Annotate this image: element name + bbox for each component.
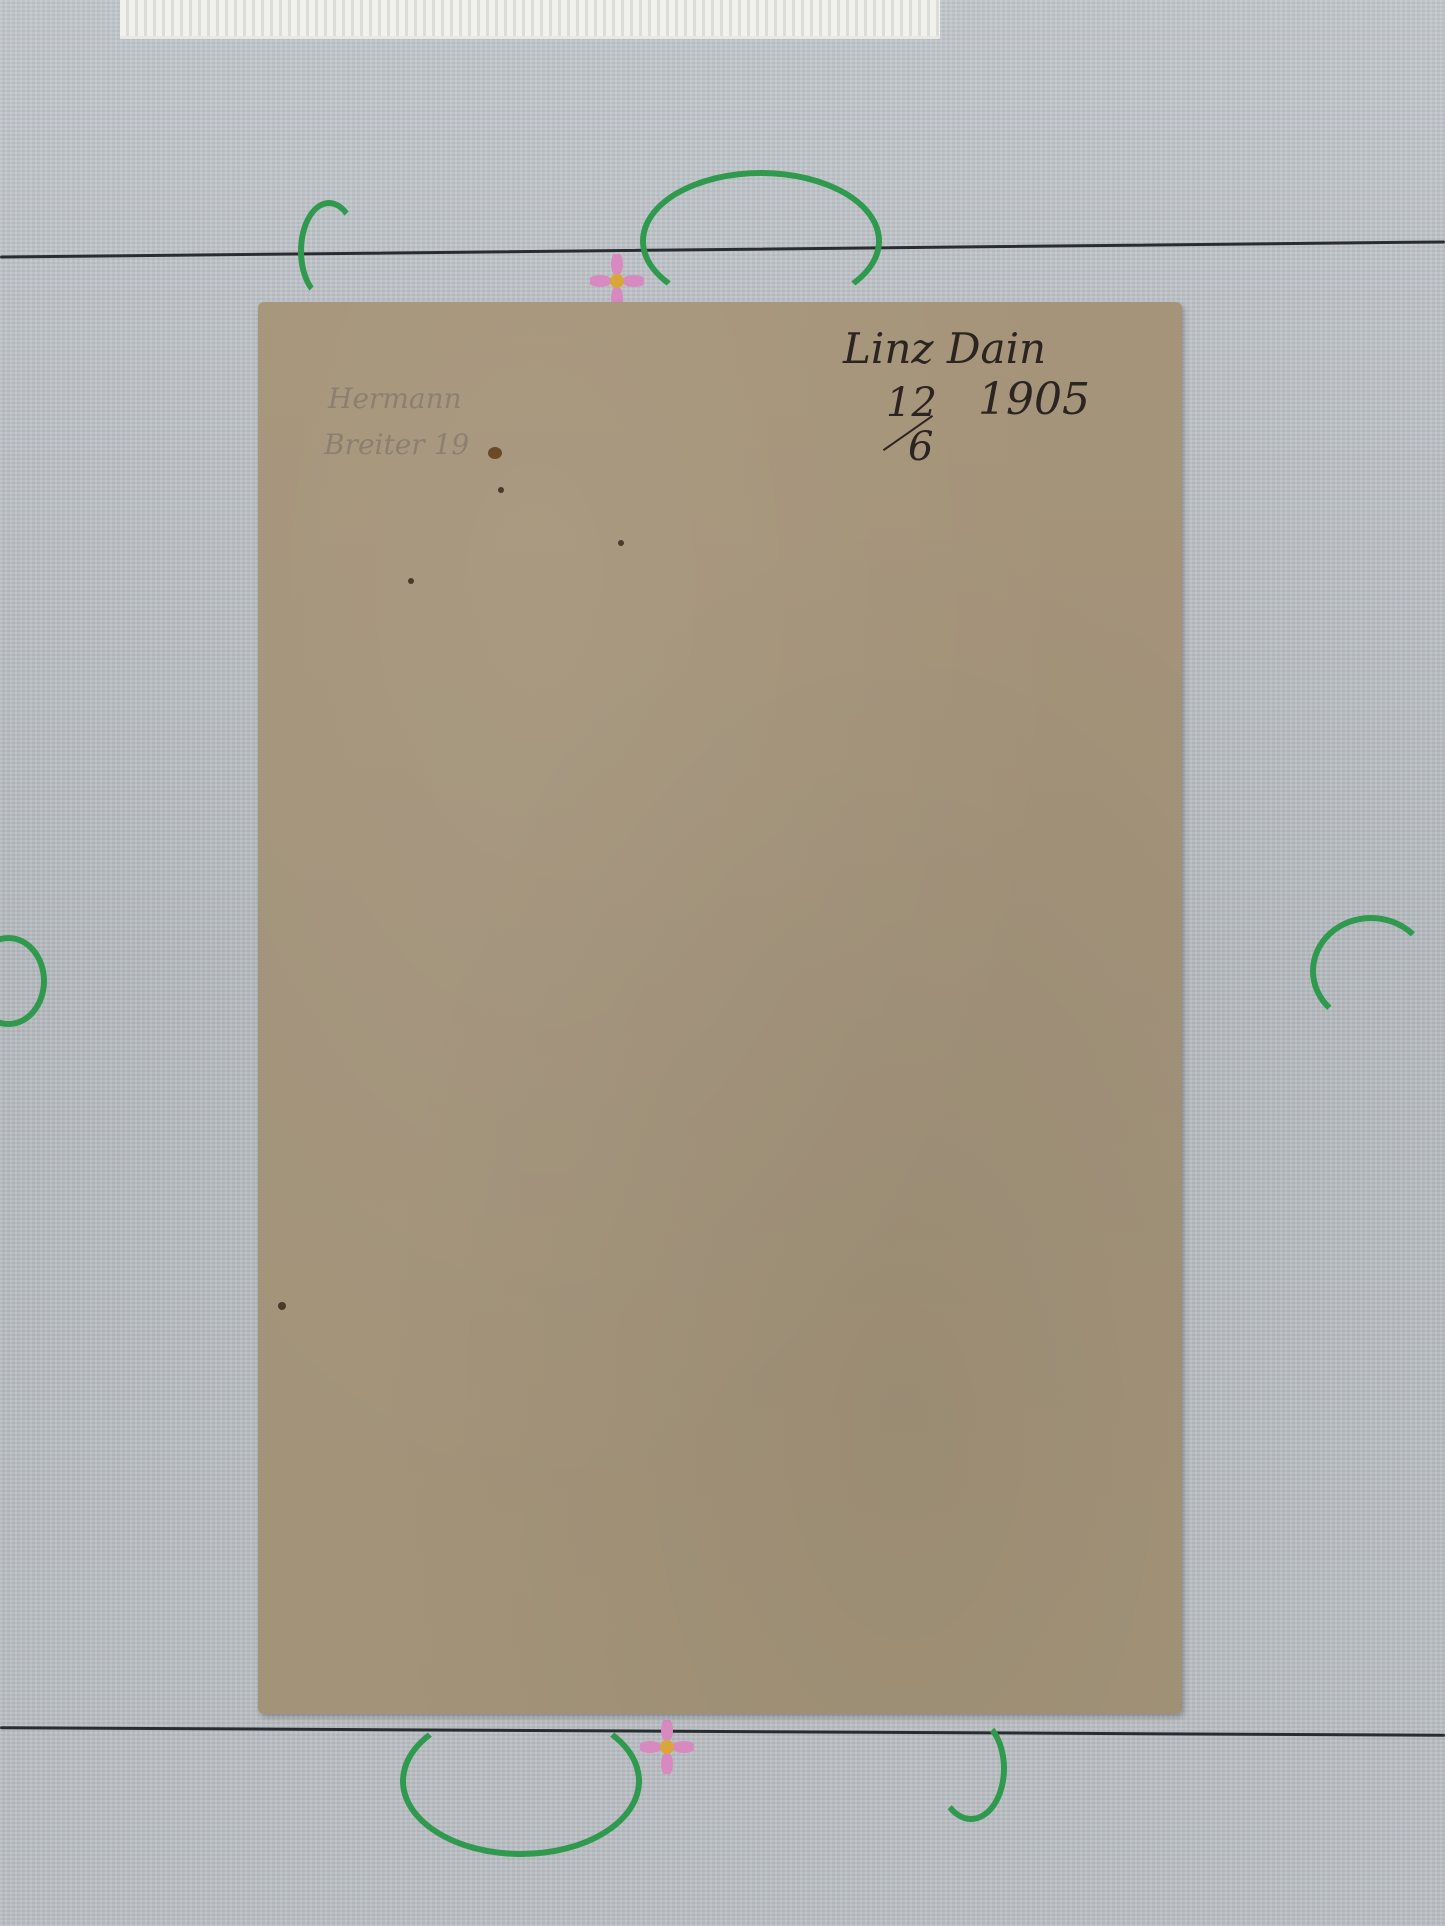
vine-embroidery-top-left bbox=[298, 200, 360, 302]
flower-embroidery-bottom bbox=[640, 1720, 694, 1774]
stain-spot bbox=[278, 1302, 286, 1310]
lace-trim bbox=[120, 0, 940, 39]
ink-inscription-year: 1905 bbox=[978, 374, 1090, 425]
vine-embroidery-right bbox=[1310, 915, 1432, 1027]
vine-embroidery-bottom-right bbox=[935, 1715, 1007, 1822]
pencil-inscription-line2: Breiter 19 bbox=[324, 428, 469, 461]
stain-spot bbox=[498, 487, 504, 493]
vine-embroidery-top-right bbox=[640, 170, 882, 312]
vine-embroidery-bottom-left bbox=[400, 1705, 642, 1857]
pencil-inscription-line1: Hermann bbox=[328, 382, 462, 415]
stain-spot bbox=[408, 578, 414, 584]
flower-embroidery-top bbox=[590, 254, 644, 308]
ink-inscription-location: Linz Dain bbox=[843, 324, 1046, 373]
stain-spot bbox=[618, 540, 624, 546]
stain-spot bbox=[488, 447, 502, 459]
cabinet-card-back: Hermann Breiter 19 Linz Dain 12 6 1905 bbox=[258, 302, 1182, 1714]
